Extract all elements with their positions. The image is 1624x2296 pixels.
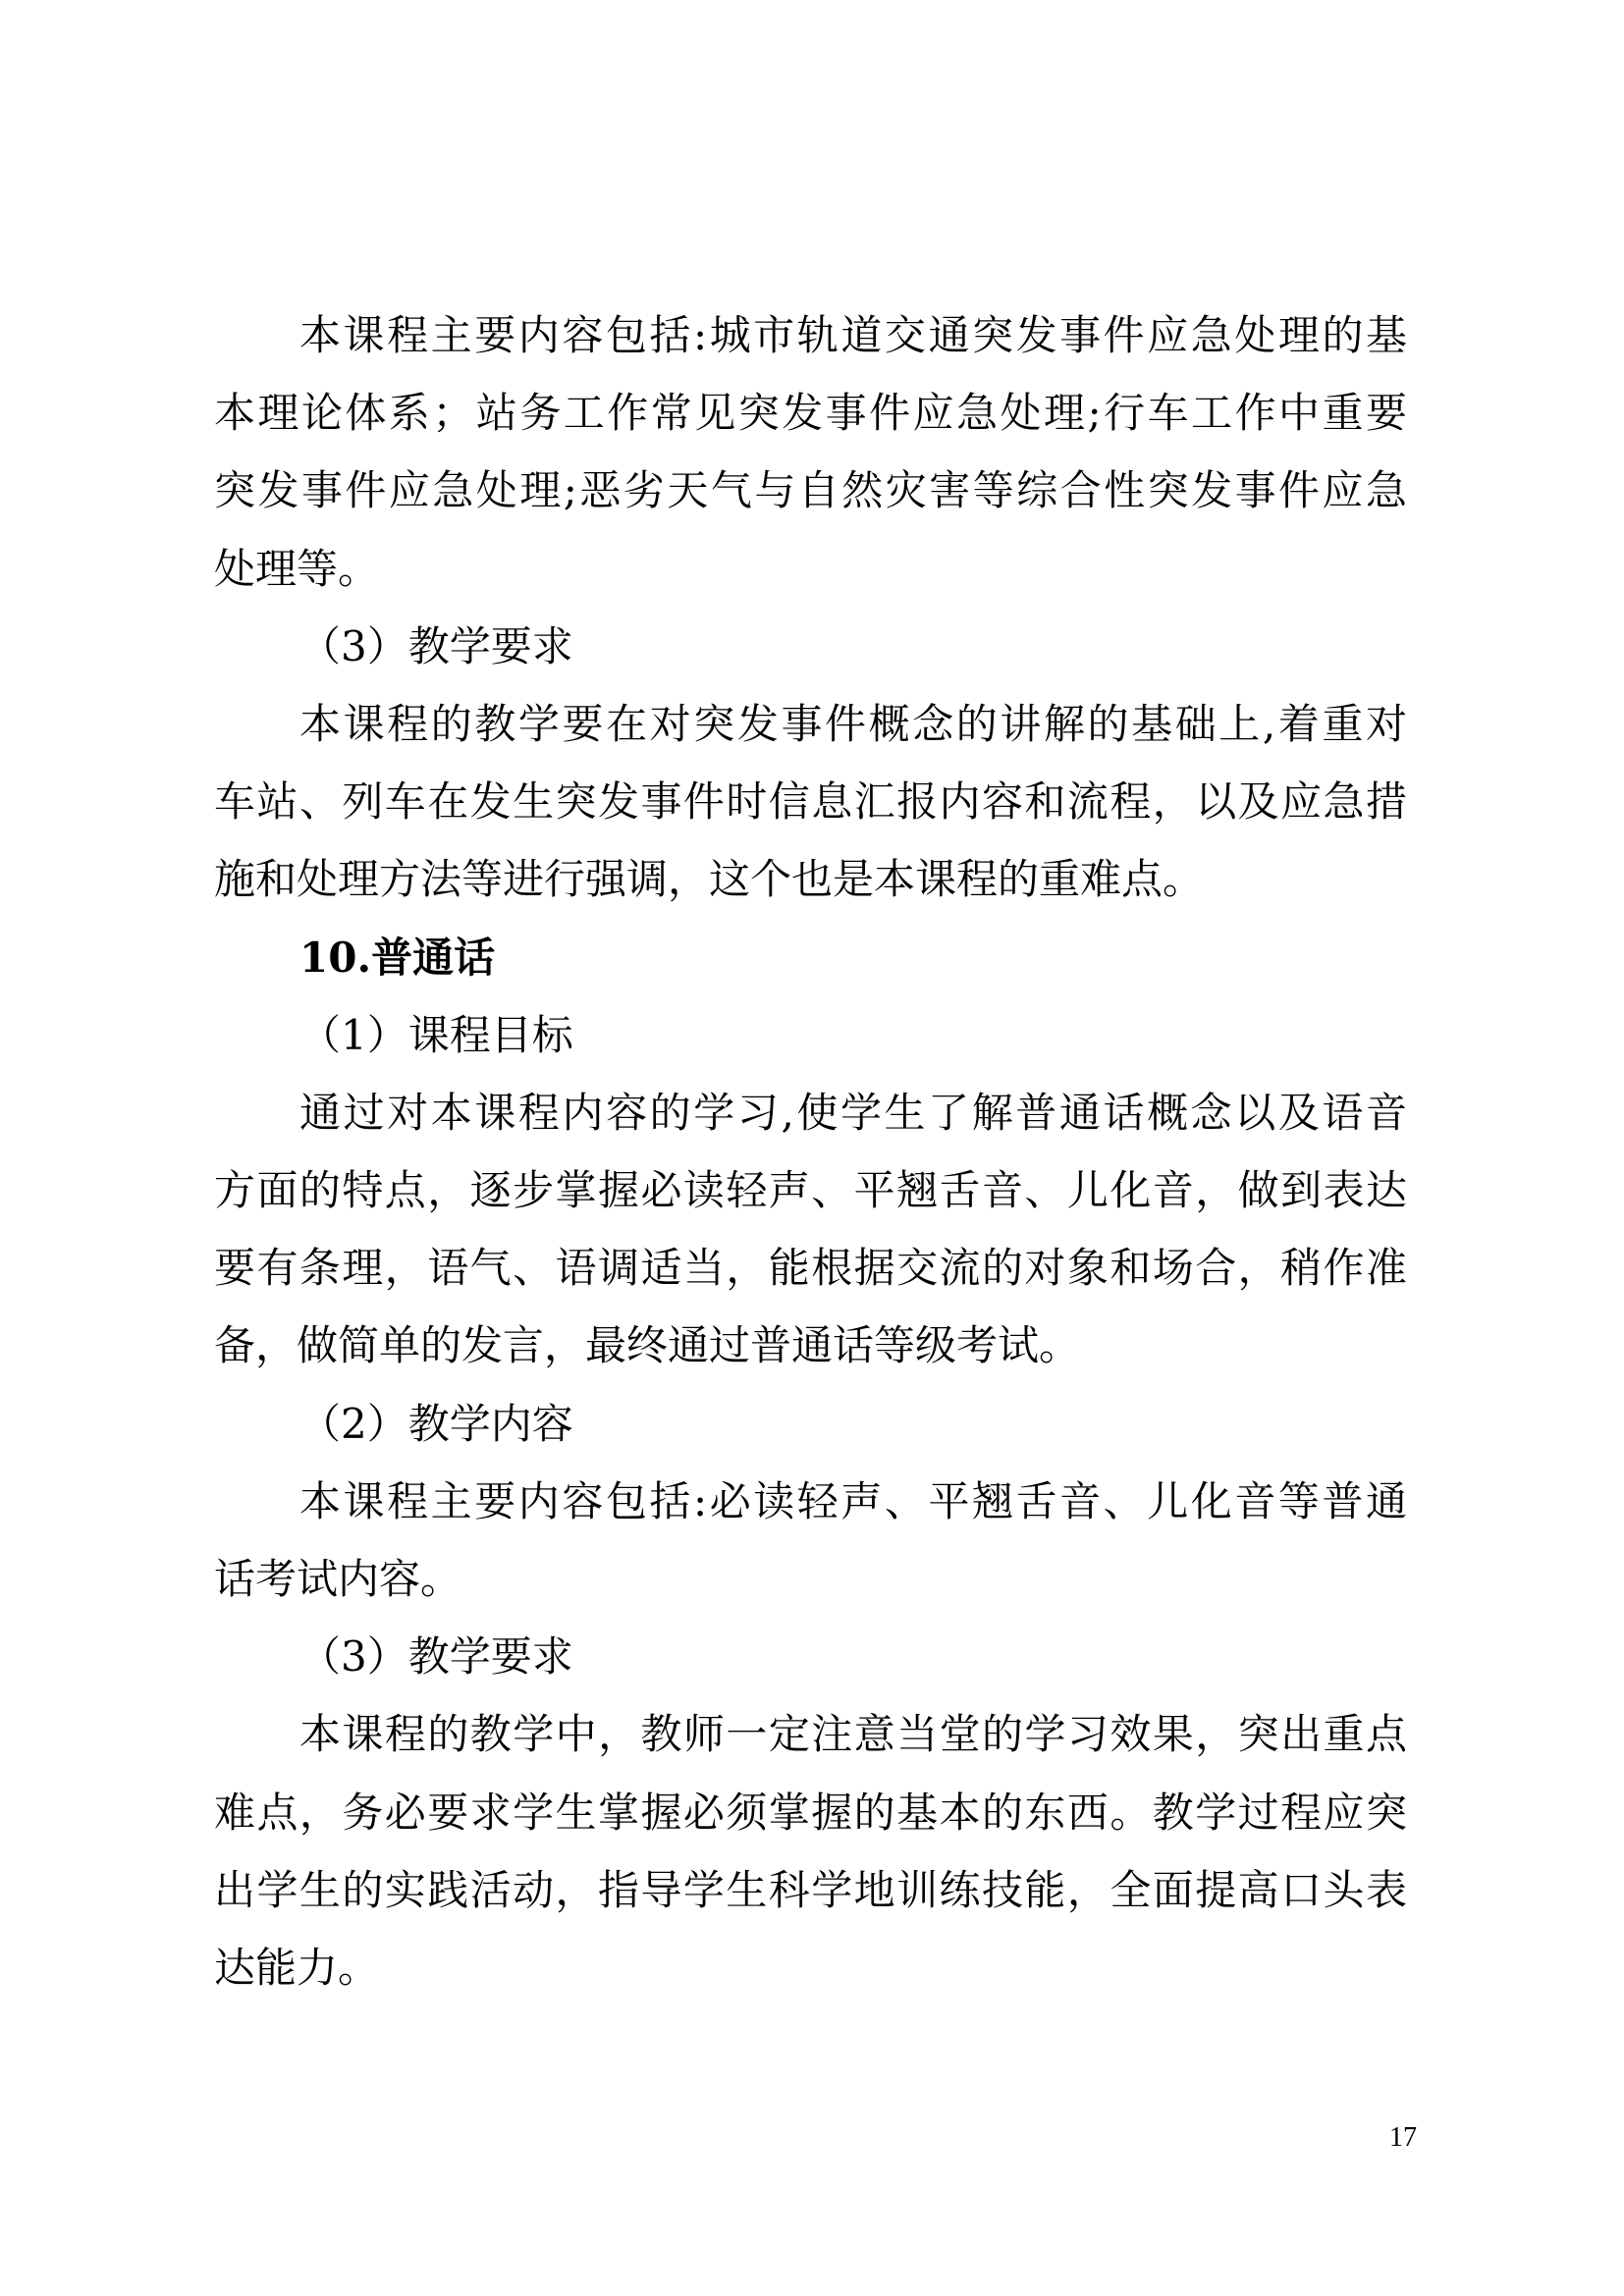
text-line: 处理等。 [214, 530, 1407, 608]
text-line: 备，做简单的发言，最终通过普通话等级考试。 [214, 1307, 1407, 1384]
text-line: 方面的特点，逐步掌握必读轻声、平翘舌音、儿化音，做到表达 [214, 1151, 1407, 1229]
paragraph-teaching-requirements-mandarin: 本课程的教学中，教师一定注意当堂的学习效果，突出重点 难点，务必要求学生掌握必须… [214, 1695, 1407, 2006]
subheading-teaching-requirements-mandarin: （3）教学要求 [214, 1618, 1407, 1695]
text-line: 本课程主要内容包括:城市轨道交通突发事件应急处理的基 [214, 296, 1407, 374]
text-line: 话考试内容。 [214, 1540, 1407, 1618]
paragraph-course-objectives-mandarin: 通过对本课程内容的学习,使学生了解普通话概念以及语音 方面的特点，逐步掌握必读轻… [214, 1074, 1407, 1385]
text-line: 本课程的教学要在对突发事件概念的讲解的基础上,着重对 [214, 685, 1407, 763]
page-number: 17 [1389, 2122, 1417, 2154]
paragraph-course-content-emergency: 本课程主要内容包括:城市轨道交通突发事件应急处理的基 本理论体系；站务工作常见突… [214, 296, 1407, 608]
subheading-teaching-content: （2）教学内容 [214, 1385, 1407, 1463]
subheading-teaching-requirements: （3）教学要求 [214, 608, 1407, 685]
paragraph-teaching-content-mandarin: 本课程主要内容包括:必读轻声、平翘舌音、儿化音等普通 话考试内容。 [214, 1463, 1407, 1618]
section-heading-mandarin: 10.普通话 [214, 919, 1407, 996]
text-line: 通过对本课程内容的学习,使学生了解普通话概念以及语音 [214, 1074, 1407, 1151]
subheading-course-objectives: （1）课程目标 [214, 996, 1407, 1074]
text-line: 出学生的实践活动，指导学生科学地训练技能，全面提高口头表 [214, 1851, 1407, 1929]
text-line: 本课程的教学中，教师一定注意当堂的学习效果，突出重点 [214, 1695, 1407, 1773]
text-line: 本理论体系；站务工作常见突发事件应急处理;行车工作中重要 [214, 374, 1407, 452]
text-line: 本课程主要内容包括:必读轻声、平翘舌音、儿化音等普通 [214, 1463, 1407, 1540]
text-line: 达能力。 [214, 1929, 1407, 2006]
text-line: 要有条理，语气、语调适当，能根据交流的对象和场合，稍作准 [214, 1229, 1407, 1307]
document-page: 本课程主要内容包括:城市轨道交通突发事件应急处理的基 本理论体系；站务工作常见突… [0, 0, 1624, 2296]
text-line: 施和处理方法等进行强调，这个也是本课程的重难点。 [214, 840, 1407, 918]
page-body: 本课程主要内容包括:城市轨道交通突发事件应急处理的基 本理论体系；站务工作常见突… [214, 296, 1407, 2006]
text-line: 突发事件应急处理;恶劣天气与自然灾害等综合性突发事件应急 [214, 452, 1407, 529]
text-line: 难点，务必要求学生掌握必须掌握的基本的东西。教学过程应突 [214, 1774, 1407, 1851]
text-line: 车站、列车在发生突发事件时信息汇报内容和流程，以及应急措 [214, 763, 1407, 840]
paragraph-teaching-requirements-emergency: 本课程的教学要在对突发事件概念的讲解的基础上,着重对 车站、列车在发生突发事件时… [214, 685, 1407, 919]
